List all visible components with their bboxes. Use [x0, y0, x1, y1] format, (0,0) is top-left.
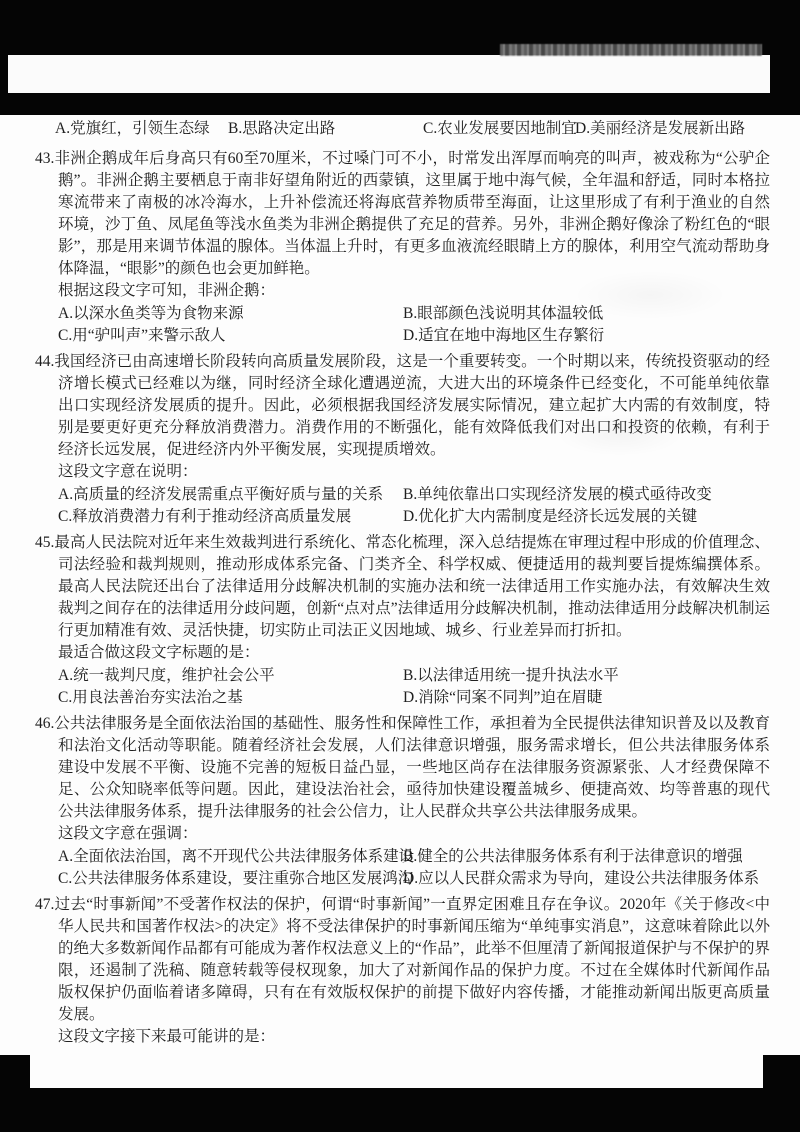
question-prompt: 这段文字意在说明： — [35, 461, 770, 483]
option-c: C.公共法律服务体系建设，要注重弥合地区发展鸿沟 — [58, 868, 403, 890]
question-44: 44.我国经济已由高速增长阶段转向高质量发展阶段，这是一个重要转变。一个时期以来… — [35, 351, 770, 528]
scan-bottom-left-edge — [0, 1055, 30, 1089]
option-a: A.党旗红，引领生态绿 — [55, 118, 210, 140]
question-number: 45. — [35, 534, 54, 551]
question-number: 46. — [35, 715, 54, 732]
question-text: 我国经济已由高速增长阶段转向高质量发展阶段，这是一个重要转变。一个时期以来，传统… — [54, 353, 770, 458]
question-prompt: 根据这段文字可知，非洲企鹅： — [35, 280, 770, 302]
option-a: A.统一裁判尺度，维护社会公平 — [58, 665, 403, 687]
page-body: A.党旗红，引领生态绿 B.思路决定出路 C.农业发展要因地制宜 D.美丽经济是… — [0, 115, 800, 1088]
scan-top-bar — [0, 0, 800, 115]
option-b: B.思路决定出路 — [228, 118, 335, 140]
question-paragraph: 43.非洲企鹅成年后身高只有60至70厘米，不过嗓门可不小，时常发出浑厚而响亮的… — [35, 148, 770, 280]
question-42-options-row: A.党旗红，引领生态绿 B.思路决定出路 C.农业发展要因地制宜 D.美丽经济是… — [35, 118, 770, 142]
question-46: 46.公共法律服务是全面依法治国的基础性、服务性和保障性工作，承担着为全民提供法… — [35, 713, 770, 890]
option-a: A.全面依法治国，离不开现代公共法律服务体系建设 — [58, 846, 403, 868]
question-text: 非洲企鹅成年后身高只有60至70厘米，不过嗓门可不小，时常发出浑厚而响亮的叫声，… — [54, 150, 770, 277]
question-options: A.统一裁判尺度，维护社会公平 B.以法律适用统一提升执法水平 C.用良法善治夯… — [35, 665, 770, 709]
option-b: B.眼部颜色浅说明其体温较低 — [403, 303, 770, 325]
question-prompt: 这段文字意在强调： — [35, 823, 770, 845]
question-43: 43.非洲企鹅成年后身高只有60至70厘米，不过嗓门可不小，时常发出浑厚而响亮的… — [35, 148, 770, 347]
question-number: 44. — [35, 353, 54, 370]
question-paragraph: 47.过去“时事新闻”不受著作权法的保护，何谓“时事新闻”一直界定困难且存在争议… — [35, 894, 770, 1026]
page-top-edge — [8, 55, 770, 93]
scanned-exam-page: A.党旗红，引领生态绿 B.思路决定出路 C.农业发展要因地制宜 D.美丽经济是… — [0, 0, 800, 1132]
question-paragraph: 45.最高人民法院对近年来生效裁判进行系统化、常态化梳理，深入总结提炼在审理过程… — [35, 532, 770, 642]
option-c: C.用良法善治夯实法治之基 — [58, 687, 403, 709]
question-options: A.以深水鱼类等为食物来源 B.眼部颜色浅说明其体温较低 C.用“驴叫声”来警示… — [35, 303, 770, 347]
scan-bottom-bar — [0, 1088, 800, 1132]
option-a: A.高质量的经济发展需重点平衡好质与量的关系 — [58, 484, 403, 506]
question-options: A.全面依法治国，离不开现代公共法律服务体系建设 B.健全的公共法律服务体系有利… — [35, 846, 770, 890]
option-b: B.以法律适用统一提升执法水平 — [403, 665, 770, 687]
option-d: D.应以人民群众需求为导向，建设公共法律服务体系 — [403, 868, 770, 890]
question-prompt: 这段文字接下来最可能讲的是： — [35, 1026, 770, 1048]
option-a: A.以深水鱼类等为食物来源 — [58, 303, 403, 325]
header-blurred-text — [500, 44, 762, 56]
question-prompt: 最适合做这段文字标题的是： — [35, 642, 770, 664]
option-d: D.优化扩大内需制度是经济长远发展的关键 — [403, 506, 770, 528]
question-paragraph: 44.我国经济已由高速增长阶段转向高质量发展阶段，这是一个重要转变。一个时期以来… — [35, 351, 770, 461]
question-number: 43. — [35, 150, 54, 167]
option-d: D.美丽经济是发展新出路 — [575, 118, 745, 140]
question-text: 过去“时事新闻”不受著作权法的保护，何谓“时事新闻”一直界定困难且存在争议。20… — [54, 896, 770, 1023]
question-47: 47.过去“时事新闻”不受著作权法的保护，何谓“时事新闻”一直界定困难且存在争议… — [35, 894, 770, 1048]
option-b: B.健全的公共法律服务体系有利于法律意识的增强 — [403, 846, 770, 868]
option-d: D.消除“同案不同判”迫在眉睫 — [403, 687, 770, 709]
option-c: C.释放消费潜力有利于推动经济高质量发展 — [58, 506, 403, 528]
scan-bottom-right-edge — [763, 1055, 800, 1089]
option-d: D.适宜在地中海地区生存繁衍 — [403, 325, 770, 347]
option-c: C.农业发展要因地制宜 — [423, 118, 577, 140]
question-text: 公共法律服务是全面依法治国的基础性、服务性和保障性工作，承担着为全民提供法律知识… — [54, 715, 770, 820]
question-text: 最高人民法院对近年来生效裁判进行系统化、常态化梳理，深入总结提炼在审理过程中形成… — [54, 534, 770, 639]
option-c: C.用“驴叫声”来警示敌人 — [58, 325, 403, 347]
option-b: B.单纯依靠出口实现经济发展的模式亟待改变 — [403, 484, 770, 506]
question-45: 45.最高人民法院对近年来生效裁判进行系统化、常态化梳理，深入总结提炼在审理过程… — [35, 532, 770, 709]
question-options: A.高质量的经济发展需重点平衡好质与量的关系 B.单纯依靠出口实现经济发展的模式… — [35, 484, 770, 528]
question-paragraph: 46.公共法律服务是全面依法治国的基础性、服务性和保障性工作，承担着为全民提供法… — [35, 713, 770, 823]
question-number: 47. — [35, 896, 54, 913]
